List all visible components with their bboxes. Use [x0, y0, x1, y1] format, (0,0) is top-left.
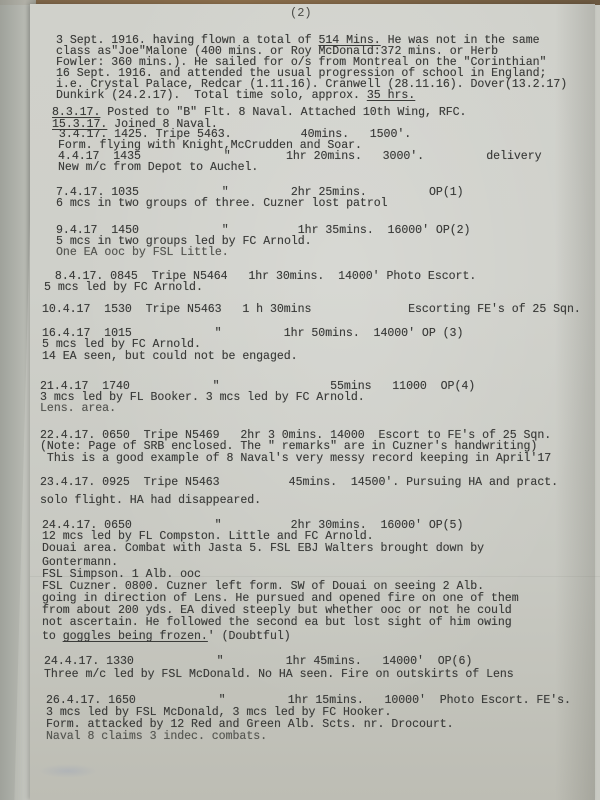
flight-entry-header: 23.4.17. 0925 Tripe N5463 45mins. 14500'… — [40, 476, 558, 489]
flight-entry-note: 5 mcs led by FC Arnold. — [44, 281, 203, 294]
photographed-document: (2) 3 Sept. 1916. having flown a total o… — [0, 0, 600, 800]
flight-entry-note: Lens. area. — [40, 402, 116, 415]
flight-entry-note-final: to goggles being frozen.' (Doubtful) — [42, 630, 291, 643]
flight-entry-note: Naval 8 claims 3 indec. combats. — [46, 730, 267, 743]
flight-entry-note: New m/c from Depot to Auchel. — [58, 161, 258, 174]
flight-entry-note: Douai area. Combat with Jasta 5. FSL EBJ… — [42, 542, 484, 555]
flight-entry-note: One EA ooc by FSL Little. — [56, 246, 229, 259]
flight-entry-note: 6 mcs in two groups of three. Cuzner los… — [56, 197, 388, 210]
flight-entry-note: 14 EA seen, but could not be engaged. — [42, 350, 298, 363]
flight-entry-note: This is a good example of 8 Naval's very… — [40, 452, 551, 465]
goggles-frozen-underlined: goggles being frozen. — [63, 630, 208, 643]
flight-entry-note: not ascertain. He followed the second ea… — [42, 616, 512, 629]
typed-text: 3 Sept. 1916. having flown a total of 51… — [0, 0, 600, 800]
flight-entry-header: 24.4.17. 1330 " 1hr 45mins. 14000' OP(6) — [44, 655, 472, 668]
flight-entry-header: 10.4.17 1530 Tripe N5463 1 h 30mins Esco… — [42, 303, 581, 316]
flight-entry-note: solo flight. HA had disappeared. — [40, 494, 261, 507]
flight-entry-note: Three m/c led by FSL McDonald. No HA see… — [44, 668, 514, 681]
intro-line-6: Dunkirk (24.2.17). Total time solo, appr… — [56, 89, 415, 102]
solo-total: 35 hrs. — [367, 89, 415, 102]
